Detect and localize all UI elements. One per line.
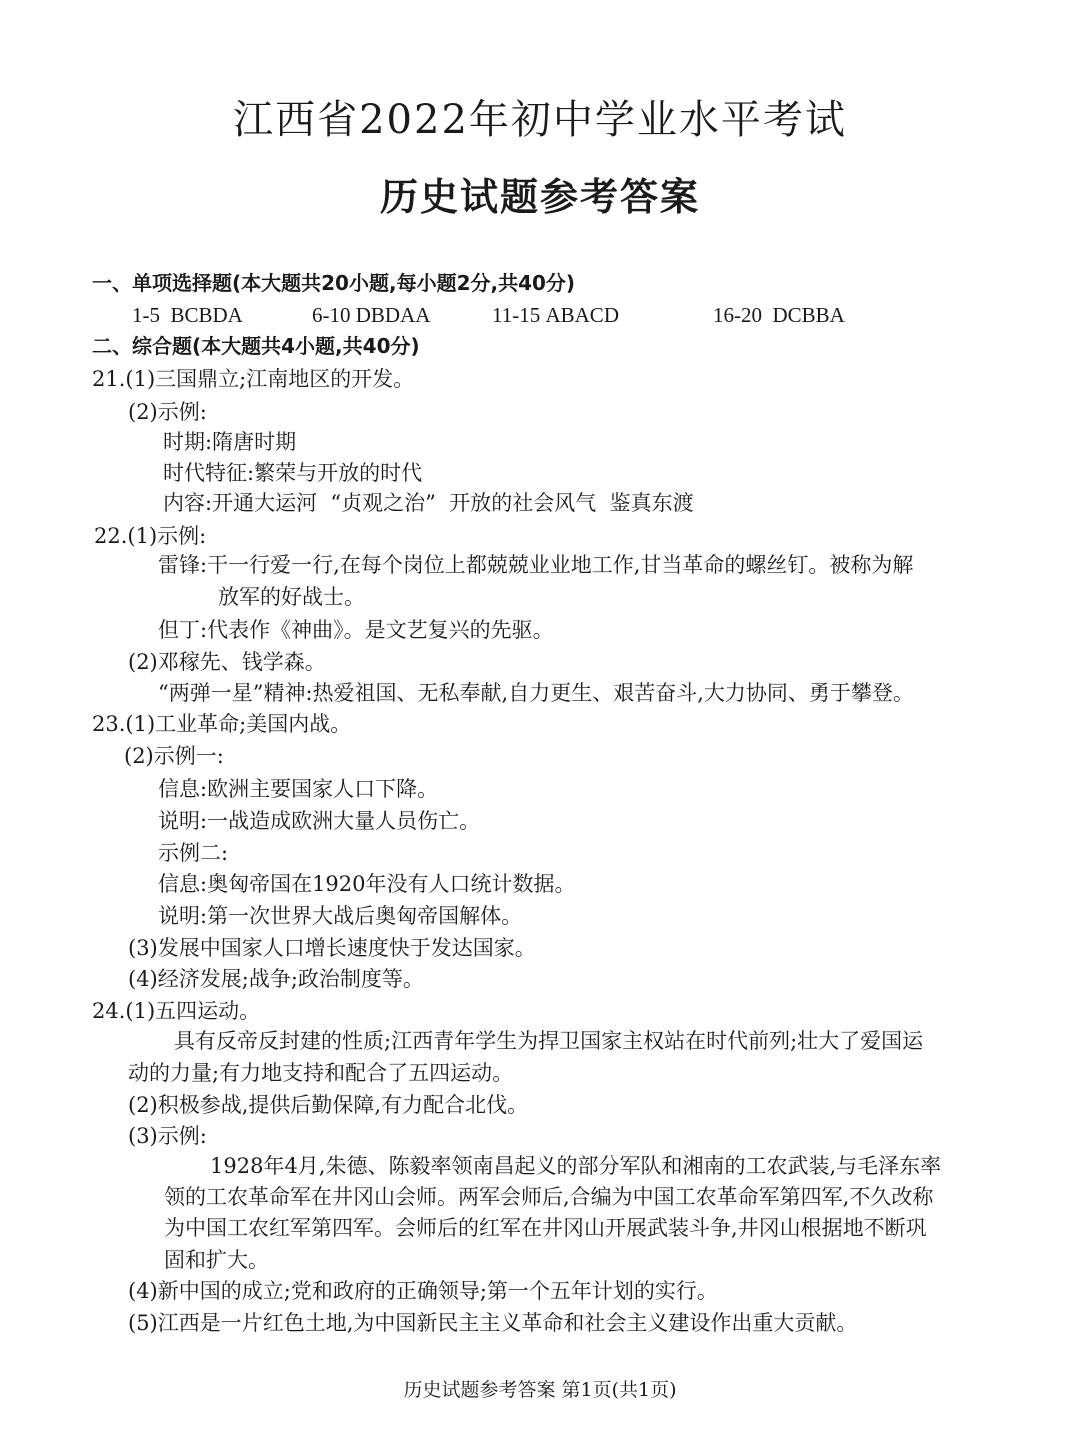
mc-answer: DCBBA [773,303,845,327]
q22-dante: 但丁:代表作《神曲》。是文艺复兴的先驱。 [158,615,554,645]
q23-ex2-info: 信息:奥匈帝国在1920年没有人口统计数据。 [158,869,576,899]
exam-title: 江西省2022年初中学业水平考试 [0,88,1080,145]
q23-part3: (3)发展中国家人口增长速度快于发达国家。 [128,933,536,963]
q23-ex1-explanation: 说明:一战造成欧洲大量人员伤亡。 [158,806,480,836]
q22-part1: 22.(1)示例: [94,521,206,551]
answer-sheet-page: 江西省2022年初中学业水平考试 历史试题参考答案 一、单项选择题(本大题共20… [0,0,1080,1432]
section1-heading: 一、单项选择题(本大题共20小题,每小题2分,共40分) [92,268,575,298]
mc-group-6-10: 6-10 DBDAA [312,300,430,330]
mc-range: 11-15 [492,303,540,327]
mc-range: 1-5 [132,303,160,327]
q22-leifeng-line1: 雷锋:干一行爱一行,在每个岗位上都兢兢业业地工作,甘当革命的螺丝钉。被称为解 [158,550,913,580]
mc-range: 6-10 [312,303,351,327]
q24-part3-text-line4: 固和扩大。 [164,1245,269,1275]
document-subtitle: 历史试题参考答案 [0,166,1080,221]
mc-group-16-20: 16-20 DCBBA [713,300,845,330]
q22-part2: (2)邓稼先、钱学森。 [128,647,326,677]
q23-ex2-label: 示例二: [158,838,228,868]
mc-group-1-5: 1-5 BCBDA [132,300,243,330]
q24-part4: (4)新中国的成立;党和政府的正确领导;第一个五年计划的实行。 [128,1276,718,1306]
q21-part2: (2)示例: [128,397,207,427]
q24-part3-text-line3: 为中国工农红军第四军。会师后的红军在井冈山开展武装斗争,井冈山根据地不断巩 [164,1213,927,1243]
q21-period: 时期:隋唐时期 [163,427,296,457]
q23-part1: 23.(1)工业革命;美国内战。 [92,709,351,739]
q24-part3: (3)示例: [128,1121,207,1151]
q24-part5: (5)江西是一片红色土地,为中国新民主主义革命和社会主义建设作出重大贡献。 [128,1308,857,1338]
mc-answer: BCBDA [171,303,243,327]
section2-heading: 二、综合题(本大题共4小题,共40分) [92,331,420,361]
q24-part1-text-line2: 动的力量;有力地支持和配合了五四运动。 [128,1058,513,1088]
q23-ex1-info: 信息:欧洲主要国家人口下降。 [158,774,438,804]
q21-part1: 21.(1)三国鼎立;江南地区的开发。 [92,364,414,394]
q24-part3-text-line2: 领的工农革命军在井冈山会师。两军会师后,合编为中国工农革命军第四军,不久改称 [164,1182,933,1212]
q21-feature: 时代特征:繁荣与开放的时代 [163,458,422,488]
q22-leifeng-line2: 放军的好战士。 [218,582,365,612]
q24-part3-text-line1: 1928年4月,朱德、陈毅率领南昌起义的部分军队和湘南的工农武装,与毛泽东率 [210,1151,941,1181]
q24-part1: 24.(1)五四运动。 [92,996,260,1026]
q23-part4: (4)经济发展;战争;政治制度等。 [128,964,424,994]
page-footer: 历史试题参考答案 第1页(共1页) [0,1376,1080,1404]
q21-content: 内容:开通大运河 “贞观之治” 开放的社会风气 鉴真东渡 [163,488,694,518]
mc-answer: DBDAA [356,303,431,327]
mc-answer: ABACD [545,303,619,327]
q22-spirit: “两弹一星”精神:热爱祖国、无私奉献,自力更生、艰苦奋斗,大力协同、勇于攀登。 [158,678,914,708]
q24-part2: (2)积极参战,提供后勤保障,有力配合北伐。 [128,1090,528,1120]
q23-part2: (2)示例一: [124,741,224,771]
q23-ex2-explanation: 说明:第一次世界大战后奥匈帝国解体。 [158,901,522,931]
q24-part1-text-line1: 具有反帝反封建的性质;江西青年学生为捍卫国家主权站在时代前列;壮大了爱国运 [174,1026,923,1056]
mc-range: 16-20 [713,303,762,327]
mc-group-11-15: 11-15 ABACD [492,300,619,330]
